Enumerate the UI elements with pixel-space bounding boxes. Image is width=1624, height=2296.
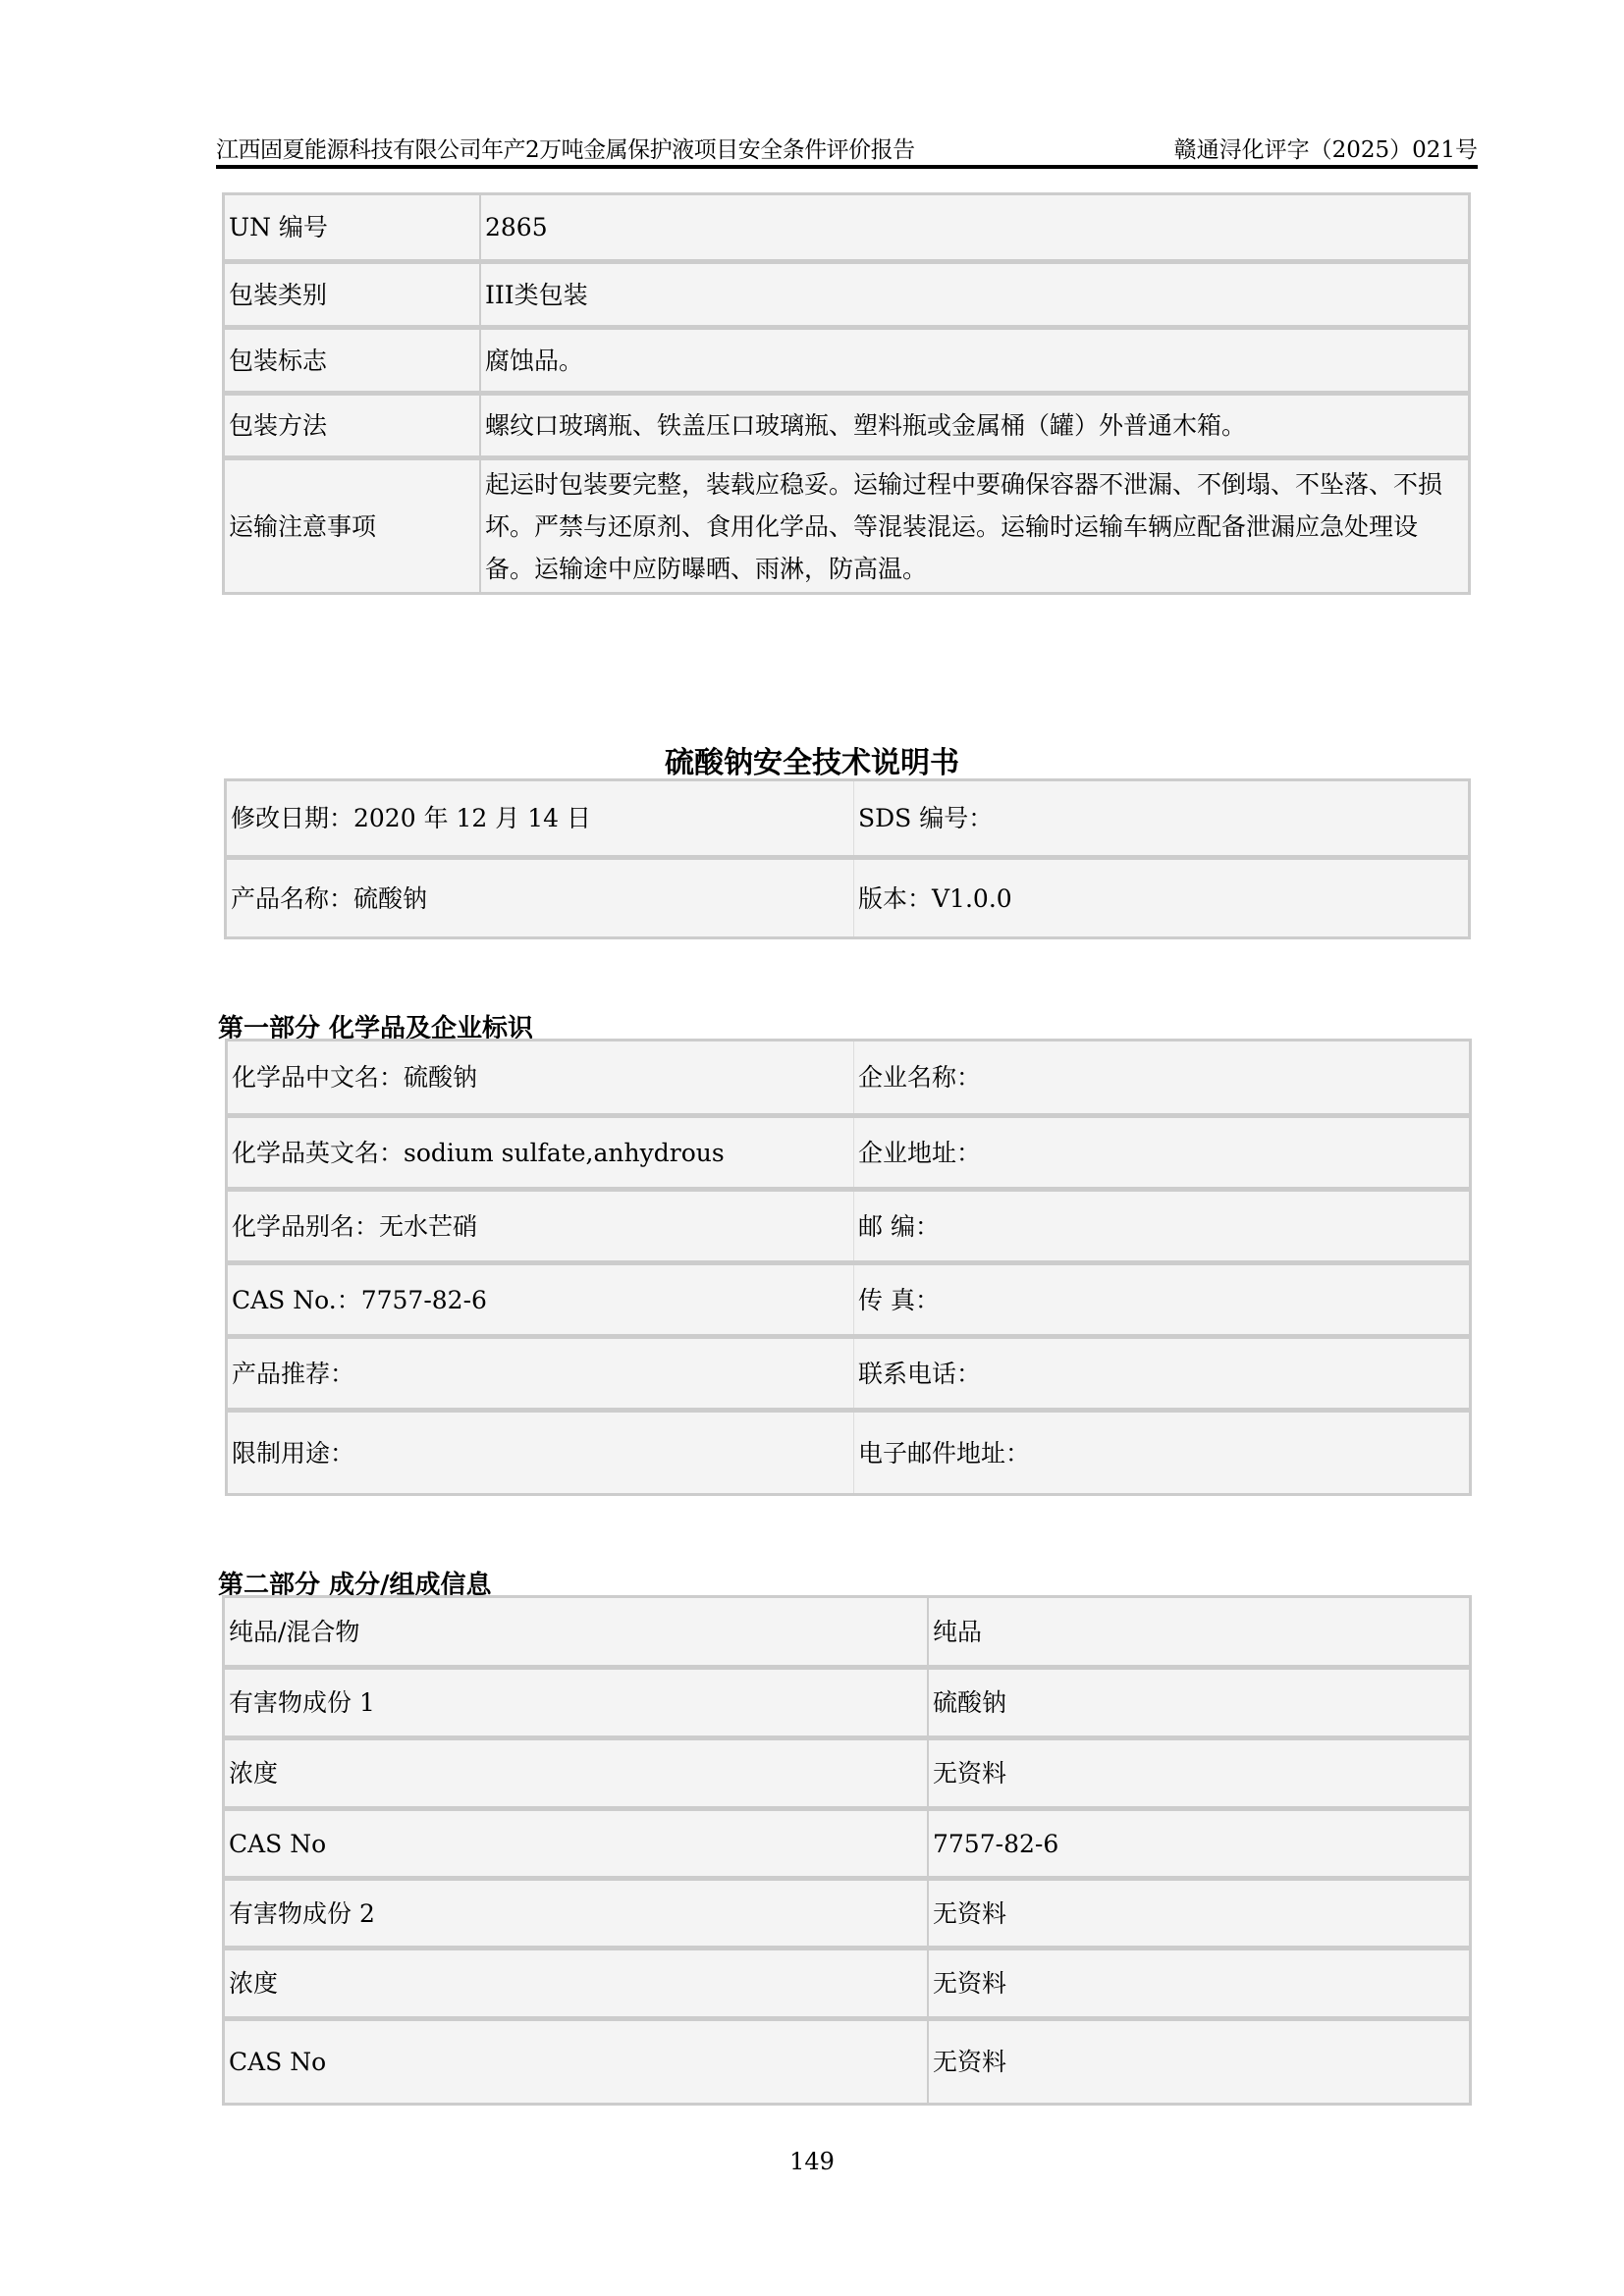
- table-row: 包装类别 III类包装: [225, 264, 1468, 330]
- table-row: 浓度 无资料: [225, 1740, 1469, 1811]
- table-row: CAS No 无资料: [225, 2021, 1469, 2103]
- table-row: 有害物成份 2 无资料: [225, 1881, 1469, 1950]
- table-row: 纯品/混合物 纯品: [225, 1598, 1469, 1670]
- cell-right: 企业地址：: [853, 1118, 1469, 1187]
- table-row: 浓度 无资料: [225, 1950, 1469, 2021]
- cell-right: 无资料: [927, 2021, 1469, 2103]
- english-name: 化学品英文名：sodium sulfate,anhydrous: [232, 1132, 725, 1174]
- table-row: 运输注意事项 起运时包装要完整，装载应稳妥。运输过程中要确保容器不泄漏、不倒塌、…: [225, 460, 1468, 592]
- cell-right: 传 真：: [853, 1265, 1469, 1334]
- cell-right: 联系电话：: [853, 1339, 1469, 1408]
- row-value: III类包装: [479, 264, 1468, 325]
- cell-left: 化学品别名：无水芒硝: [228, 1192, 853, 1260]
- table-row: 化学品别名：无水芒硝 邮 编：: [228, 1192, 1469, 1265]
- table-row: 限制用途： 电子邮件地址：: [228, 1413, 1469, 1493]
- cell-right: 无资料: [927, 1881, 1469, 1946]
- cell-right: 纯品: [927, 1598, 1469, 1665]
- sds-number: SDS 编号：: [853, 781, 1468, 855]
- product-name: 产品名称：硫酸钠: [227, 860, 853, 936]
- header-report-title: 江西固夏能源科技有限公司年产2万吨金属保护液项目安全条件评价报告: [216, 135, 915, 165]
- table-row: UN 编号 2865: [225, 195, 1468, 264]
- transport-info-table: UN 编号 2865 包装类别 III类包装 包装标志 腐蚀品。 包装方法 螺纹…: [222, 192, 1471, 595]
- table-row: 化学品英文名：sodium sulfate,anhydrous 企业地址：: [228, 1118, 1469, 1192]
- row-label: 包装标志: [225, 330, 479, 391]
- chemical-identification-table: 化学品中文名：硫酸钠 企业名称： 化学品英文名：sodium sulfate,a…: [225, 1039, 1472, 1496]
- cell-left: CAS No: [225, 1811, 927, 1876]
- table-row: 产品推荐： 联系电话：: [228, 1339, 1469, 1413]
- cell-left: 限制用途：: [228, 1413, 853, 1493]
- cell-left: 有害物成份 2: [225, 1881, 927, 1946]
- cell-right: 7757-82-6: [927, 1811, 1469, 1876]
- cell-left: 浓度: [225, 1740, 927, 1806]
- table-row: 产品名称：硫酸钠 版本：V1.0.0: [227, 860, 1468, 936]
- cell-left: 纯品/混合物: [225, 1598, 927, 1665]
- row-value: 腐蚀品。: [479, 330, 1468, 391]
- table-row: 包装标志 腐蚀品。: [225, 330, 1468, 396]
- page-header: 江西固夏能源科技有限公司年产2万吨金属保护液项目安全条件评价报告 赣通浔化评字（…: [216, 135, 1478, 169]
- table-row: CAS No.：7757-82-6 传 真：: [228, 1265, 1469, 1339]
- header-report-number: 赣通浔化评字（2025）021号: [1174, 135, 1478, 165]
- cell-right: 电子邮件地址：: [853, 1413, 1469, 1493]
- table-row: 有害物成份 1 硫酸钠: [225, 1670, 1469, 1740]
- cell-left: 化学品中文名：硫酸钠: [228, 1041, 853, 1113]
- table-row: 化学品中文名：硫酸钠 企业名称：: [228, 1041, 1469, 1118]
- row-label: 包装方法: [225, 396, 479, 455]
- cell-right: 无资料: [927, 1740, 1469, 1806]
- row-value: 螺纹口玻璃瓶、铁盖压口玻璃瓶、塑料瓶或金属桶（罐）外普通木箱。: [479, 396, 1468, 455]
- revision-date: 修改日期：2020 年 12 月 14 日: [227, 781, 853, 855]
- row-label: UN 编号: [225, 195, 479, 259]
- row-value: 起运时包装要完整，装载应稳妥。运输过程中要确保容器不泄漏、不倒塌、不坠落、不损坏…: [479, 460, 1468, 592]
- cell-left: CAS No.：7757-82-6: [228, 1265, 853, 1334]
- table-row: 包装方法 螺纹口玻璃瓶、铁盖压口玻璃瓶、塑料瓶或金属桶（罐）外普通木箱。: [225, 396, 1468, 460]
- cell-left: CAS No: [225, 2021, 927, 2103]
- row-label: 包装类别: [225, 264, 479, 325]
- cell-left: 化学品英文名：sodium sulfate,anhydrous: [228, 1118, 853, 1187]
- row-label: 运输注意事项: [225, 460, 479, 592]
- cell-right: 邮 编：: [853, 1192, 1469, 1260]
- cell-left: 有害物成份 1: [225, 1670, 927, 1735]
- cell-right: 硫酸钠: [927, 1670, 1469, 1735]
- document-title: 硫酸钠安全技术说明书: [0, 738, 1624, 781]
- cell-left: 产品推荐：: [228, 1339, 853, 1408]
- composition-table: 纯品/混合物 纯品 有害物成份 1 硫酸钠 浓度 无资料 CAS No 7757…: [222, 1595, 1472, 2106]
- sds-meta-table: 修改日期：2020 年 12 月 14 日 SDS 编号： 产品名称：硫酸钠 版…: [224, 778, 1471, 939]
- table-row: 修改日期：2020 年 12 月 14 日 SDS 编号：: [227, 781, 1468, 860]
- cell-right: 企业名称：: [853, 1041, 1469, 1113]
- table-row: CAS No 7757-82-6: [225, 1811, 1469, 1881]
- cell-right: 无资料: [927, 1950, 1469, 2016]
- page-number: 149: [0, 2148, 1624, 2175]
- version: 版本：V1.0.0: [853, 860, 1468, 936]
- row-value: 2865: [479, 195, 1468, 259]
- cell-left: 浓度: [225, 1950, 927, 2016]
